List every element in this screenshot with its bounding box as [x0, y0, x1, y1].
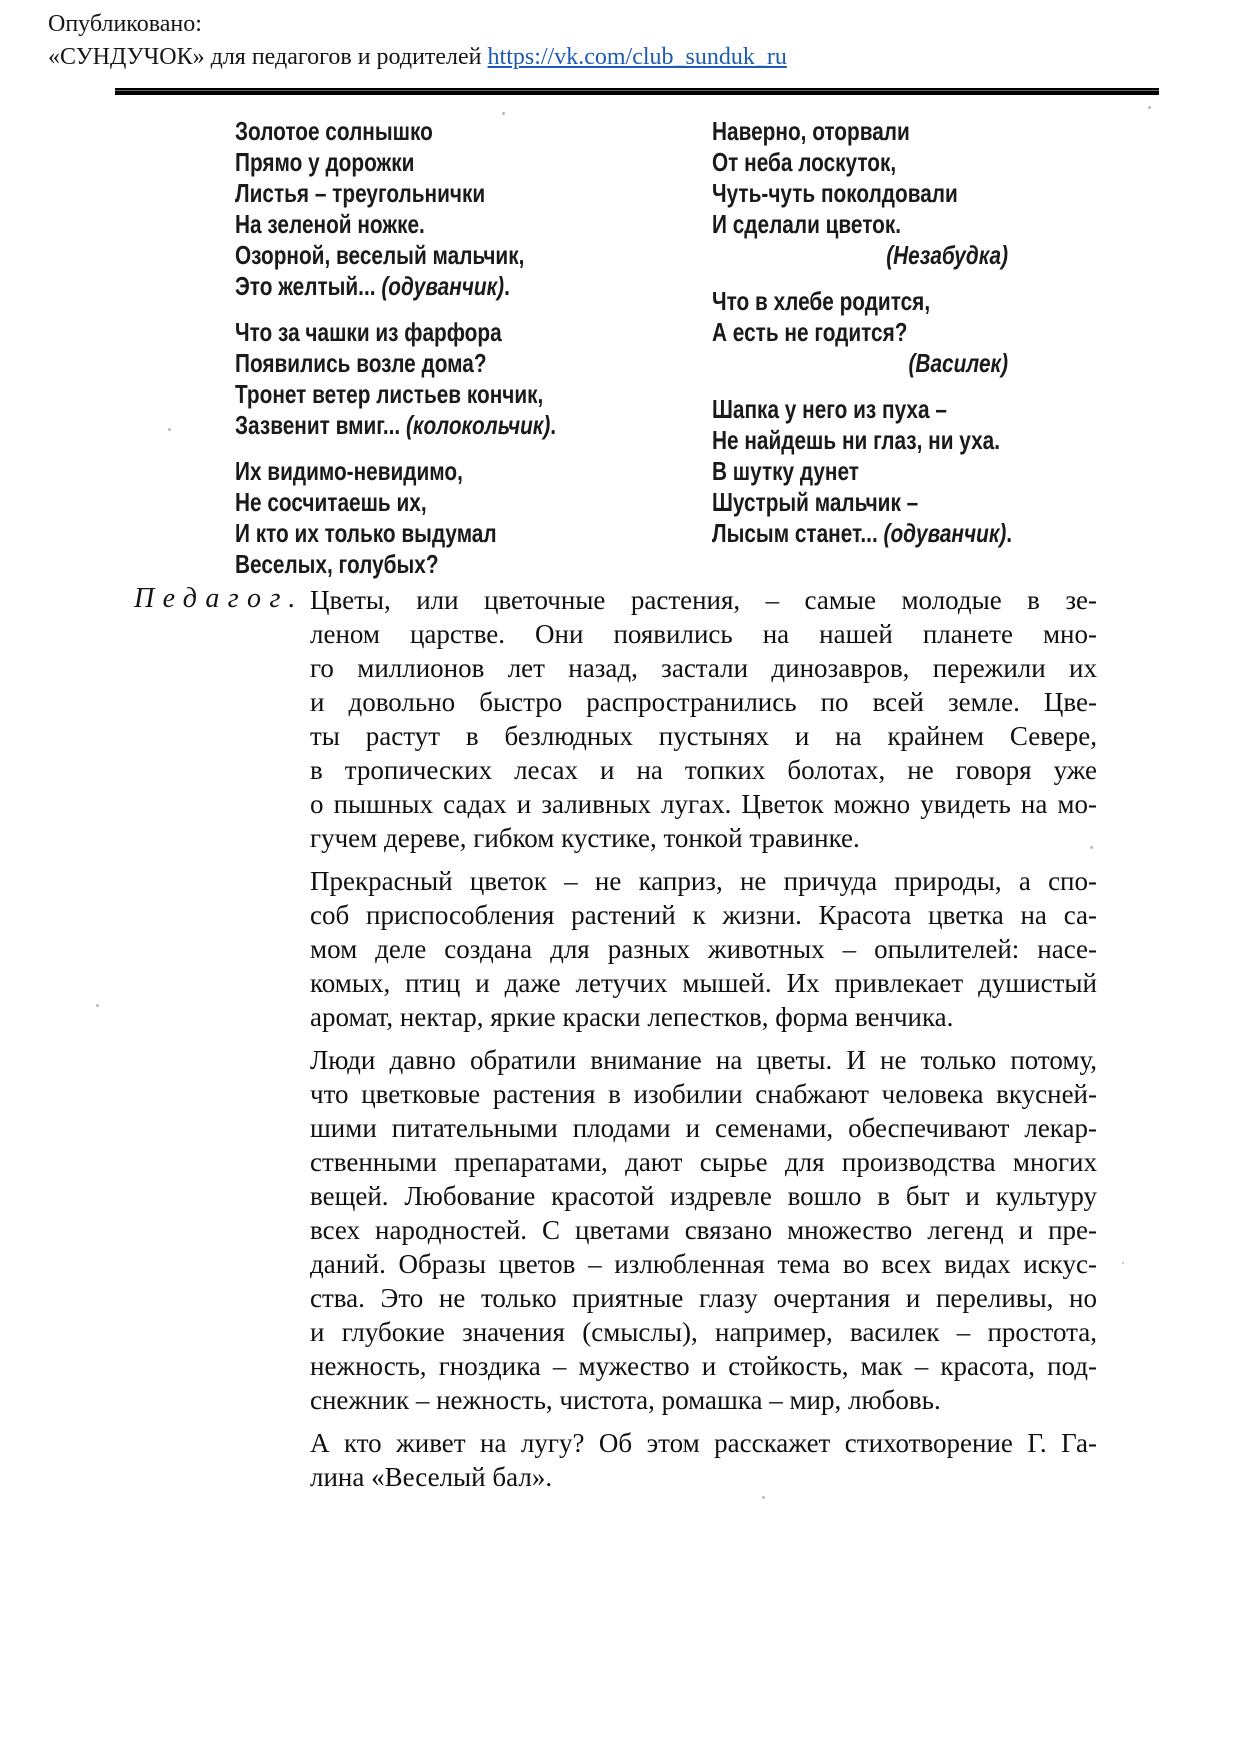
- riddle-stanza: Их видимо-невидимо,Не сосчитаешь их,И кт…: [235, 456, 683, 580]
- riddle-line: Тронет ветер листьев кончик,: [235, 379, 683, 410]
- text-line: мом деле создана для разных животных – о…: [310, 932, 1097, 966]
- riddle-line: Это желтый... (одуванчик).: [235, 271, 683, 302]
- text-line: комых, птиц и даже летучих мышей. Их при…: [310, 966, 1097, 1000]
- text-line: что цветковые растения в изобилии снабжа…: [310, 1077, 1097, 1111]
- riddle-line: Что за чашки из фарфора: [235, 317, 683, 348]
- text-line: шими питательными плодами и семенами, об…: [310, 1111, 1097, 1145]
- horizontal-rule: [115, 88, 1159, 95]
- dialogue-text: Цветы, или цветочные растения, – самые м…: [310, 583, 1097, 1494]
- text-line: ственными препаратами, дают сырье для пр…: [310, 1145, 1097, 1179]
- text-line: аромат, нектар, яркие краски лепестков, …: [310, 1000, 1097, 1034]
- dialogue-paragraph: Прекрасный цветок – не каприз, не причуд…: [310, 864, 1097, 1034]
- riddle-line: И кто их только выдумал: [235, 518, 683, 549]
- text-line: даний. Образы цветов – излюбленная тема …: [310, 1247, 1097, 1281]
- riddle-line: Не сосчитаешь их,: [235, 487, 683, 518]
- text-line: соб приспособления растений к жизни. Кра…: [310, 898, 1097, 932]
- text-line: А кто живет на лугу? Об этом расскажет с…: [310, 1426, 1097, 1460]
- riddle-answer: (Василек): [712, 348, 1010, 379]
- riddle-line: Что в хлебе родится,: [712, 286, 1010, 317]
- riddle-line: Наверно, оторвали: [712, 116, 1010, 147]
- riddle-answer: (Незабудка): [712, 240, 1010, 271]
- riddle-line: Шапка у него из пуха –: [712, 394, 1010, 425]
- text-line: и довольно быстро распространились по вс…: [310, 685, 1097, 719]
- source-line: «СУНДУЧОК» для педагогов и родителей htt…: [48, 41, 787, 74]
- scan-speck: [1090, 846, 1093, 849]
- header: Опубликовано: «СУНДУЧОК» для педагогов и…: [48, 8, 787, 74]
- published-label: Опубликовано:: [48, 8, 787, 41]
- text-line: лина «Веселый бал».: [310, 1460, 1097, 1494]
- text-line: гучем дереве, гибком кустике, тонкой тра…: [310, 821, 1097, 855]
- document-page: Опубликовано: «СУНДУЧОК» для педагогов и…: [0, 0, 1240, 1754]
- text-line: ты растут в безлюдных пустынях и на край…: [310, 719, 1097, 753]
- riddles-left-column: Золотое солнышкоПрямо у дорожкиЛистья – …: [235, 116, 683, 595]
- text-line: всех народностей. С цветами связано множ…: [310, 1213, 1097, 1247]
- text-line: о пышных садах и заливных лугах. Цветок …: [310, 787, 1097, 821]
- riddle-line: В шутку дунет: [712, 456, 1010, 487]
- text-line: ства. Это не только приятные глазу очерт…: [310, 1281, 1097, 1315]
- dialogue-paragraph: Цветы, или цветочные растения, – самые м…: [310, 583, 1097, 855]
- text-line: Прекрасный цветок – не каприз, не причуд…: [310, 864, 1097, 898]
- riddle-stanza: Что за чашки из фарфораПоявились возле д…: [235, 317, 683, 441]
- scan-speck: [1148, 106, 1151, 109]
- source-prefix: «СУНДУЧОК» для педагогов и родителей: [48, 44, 488, 70]
- scan-speck: [168, 428, 171, 431]
- text-line: в тропических лесах и на топких болотах,…: [310, 753, 1097, 787]
- riddle-stanza: Что в хлебе родится,А есть не годится?(В…: [712, 286, 1010, 379]
- riddle-line: Лысым станет... (одуванчик).: [712, 518, 1010, 549]
- speaker-label: Педагог.: [134, 583, 304, 615]
- text-line: и глубокие значения (смыслы), например, …: [310, 1315, 1097, 1349]
- source-link[interactable]: https://vk.com/club_sunduk_ru: [488, 44, 787, 70]
- riddle-stanza: Наверно, оторвалиОт неба лоскуток,Чуть-ч…: [712, 116, 1010, 271]
- riddle-stanza: Шапка у него из пуха –Не найдешь ни глаз…: [712, 394, 1010, 549]
- text-line: Люди давно обратили внимание на цветы. И…: [310, 1043, 1097, 1077]
- riddle-line: Зазвенит вмиг... (колокольчик).: [235, 410, 683, 441]
- riddle-stanza: Золотое солнышкоПрямо у дорожкиЛистья – …: [235, 116, 683, 302]
- scan-speck: [96, 1004, 99, 1007]
- riddle-line: А есть не годится?: [712, 317, 1010, 348]
- scan-speck: [762, 1496, 765, 1499]
- riddle-line: Их видимо-невидимо,: [235, 456, 683, 487]
- text-line: снежник – нежность, чистота, ромашка – м…: [310, 1383, 1097, 1417]
- scan-speck: [1122, 1262, 1124, 1264]
- riddle-line: На зеленой ножке.: [235, 209, 683, 240]
- riddle-line: Веселых, голубых?: [235, 549, 683, 580]
- riddle-line: Появились возле дома?: [235, 348, 683, 379]
- text-line: Цветы, или цветочные растения, – самые м…: [310, 583, 1097, 617]
- text-line: леном царстве. Они появились на нашей пл…: [310, 617, 1097, 651]
- riddle-line: Шустрый мальчик –: [712, 487, 1010, 518]
- riddle-line: Чуть-чуть поколдовали: [712, 178, 1010, 209]
- riddle-line: Листья – треугольнички: [235, 178, 683, 209]
- scan-speck: [502, 112, 505, 115]
- dialogue-paragraph: Люди давно обратили внимание на цветы. И…: [310, 1043, 1097, 1417]
- riddle-line: Не найдешь ни глаз, ни уха.: [712, 425, 1010, 456]
- dialogue-section: Педагог. Цветы, или цветочные растения, …: [0, 583, 1240, 1503]
- riddle-line: Озорной, веселый мальчик,: [235, 240, 683, 271]
- riddles-right-column: Наверно, оторвалиОт неба лоскуток,Чуть-ч…: [712, 116, 1010, 564]
- riddle-line: Золотое солнышко: [235, 116, 683, 147]
- text-line: нежность, гноздика – мужество и стойкост…: [310, 1349, 1097, 1383]
- riddle-line: Прямо у дорожки: [235, 147, 683, 178]
- riddle-line: От неба лоскуток,: [712, 147, 1010, 178]
- text-line: вещей. Любование красотой издревле вошло…: [310, 1179, 1097, 1213]
- text-line: го миллионов лет назад, застали динозавр…: [310, 651, 1097, 685]
- dialogue-paragraph: А кто живет на лугу? Об этом расскажет с…: [310, 1426, 1097, 1494]
- riddle-line: И сделали цветок.: [712, 209, 1010, 240]
